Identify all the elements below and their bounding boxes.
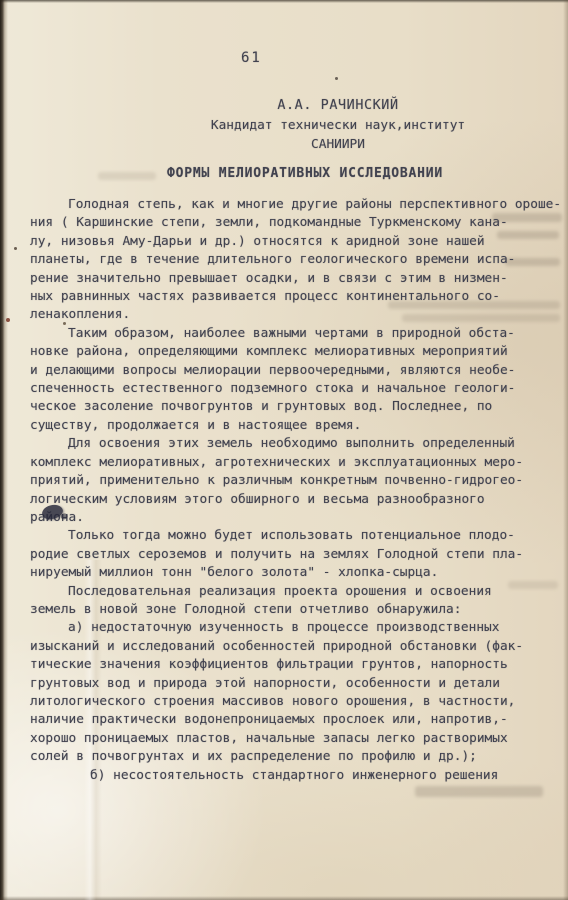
author-block: А.А. РАЧИНСКИЙ Кандидат технически наук,… <box>138 96 538 155</box>
author-credentials: Кандидат технически наук,институт <box>138 116 538 136</box>
paragraph-intro: Голодная степь, как и многие другие райо… <box>30 196 564 325</box>
ink-speck <box>6 318 10 322</box>
list-item-a: а) недостаточную изученность в процессе … <box>30 619 564 766</box>
document-title: ФОРМЫ МЕЛИОРАТИВНЫХ ИССЛЕДОВАНИИ <box>167 166 443 181</box>
scan-edge-left <box>0 0 8 900</box>
paragraph-cotton: Только тогда можно будет использовать по… <box>30 527 564 582</box>
institute-name: САНИИРИ <box>138 135 538 155</box>
paragraph-development: Для освоения этих земель необходимо выпо… <box>30 435 564 527</box>
bleed-through-smudge <box>98 172 156 180</box>
scanned-document-page: 61 А.А. РАЧИНСКИЙ Кандидат технически на… <box>0 0 568 900</box>
document-body: Голодная степь, как и многие другие райо… <box>30 196 564 785</box>
author-name: А.А. РАЧИНСКИЙ <box>138 96 538 116</box>
page-number: 61 <box>241 50 262 66</box>
bleed-through-smudge <box>415 786 543 797</box>
ink-speck <box>335 77 338 80</box>
paragraph-thus: Таким образом, наиболее важными чертами … <box>30 325 564 435</box>
scan-edge-top <box>0 0 568 3</box>
list-item-b: б) несостоятельность стандартного инжене… <box>30 767 564 785</box>
paragraph-realization: Последовательная реализация проекта орош… <box>30 583 564 620</box>
ink-speck <box>14 247 17 250</box>
